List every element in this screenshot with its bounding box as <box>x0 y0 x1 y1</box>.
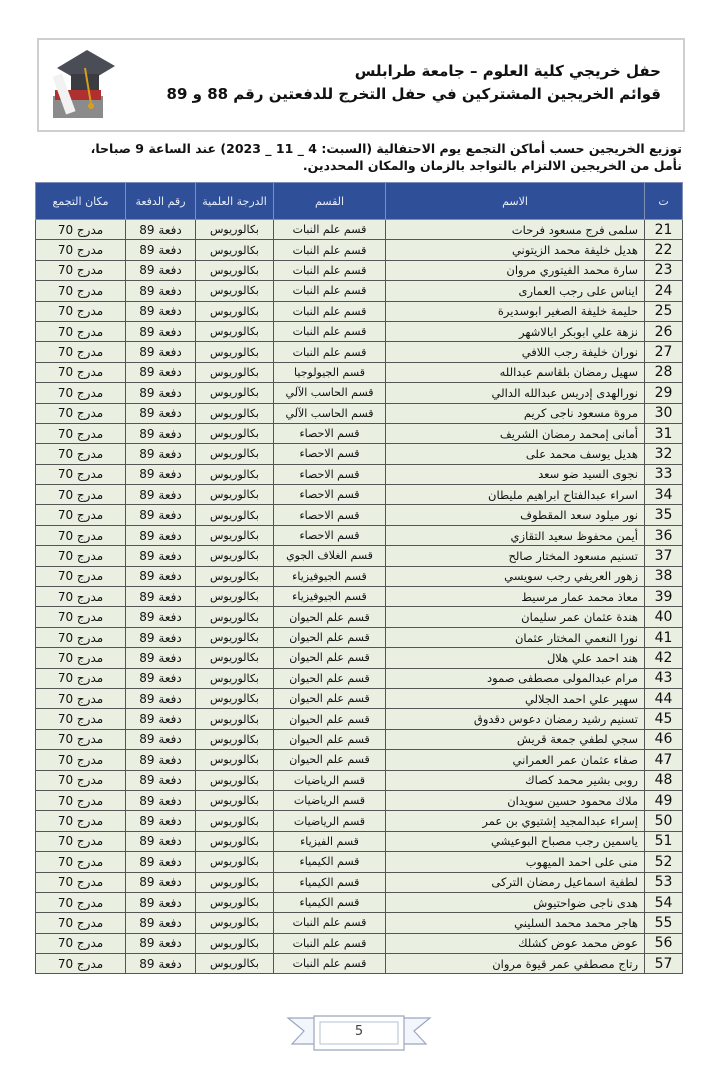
location-cell: مدرج 70 <box>36 546 126 566</box>
batch-cell: دفعة 89 <box>126 220 196 240</box>
table-row: 46سجي لطفي جمعة قريشقسم علم الحيوانبكالو… <box>36 729 683 749</box>
location-cell: مدرج 70 <box>36 301 126 321</box>
location-cell: مدرج 70 <box>36 831 126 851</box>
batch-cell: دفعة 89 <box>126 668 196 688</box>
department-cell: قسم الجيوفيزياء <box>274 587 386 607</box>
batch-cell: دفعة 89 <box>126 546 196 566</box>
location-cell: مدرج 70 <box>36 872 126 892</box>
batch-cell: دفعة 89 <box>126 321 196 341</box>
table-row: 48روبى بشير محمد كصاكقسم الرياضياتبكالور… <box>36 770 683 790</box>
row-number: 27 <box>645 342 683 362</box>
location-cell: مدرج 70 <box>36 505 126 525</box>
batch-cell: دفعة 89 <box>126 872 196 892</box>
location-cell: مدرج 70 <box>36 383 126 403</box>
intro-line-2: نأمل من الخريجين الالتزام بالتواجد بالزم… <box>22 157 682 174</box>
table-row: 29نورالهدى إدريس عبدالله الداليقسم الحاس… <box>36 383 683 403</box>
degree-cell: بكالوريوس <box>196 933 274 953</box>
degree-cell: بكالوريوس <box>196 566 274 586</box>
degree-cell: بكالوريوس <box>196 709 274 729</box>
batch-cell: دفعة 89 <box>126 892 196 912</box>
graduate-name: مروة مسعود ناجى كريم <box>386 403 645 423</box>
table-row: 40هندة عثمان عمر سليمانقسم علم الحيوانبك… <box>36 607 683 627</box>
graduate-name: سارة محمد الفيتوري مروان <box>386 260 645 280</box>
degree-cell: بكالوريوس <box>196 220 274 240</box>
graduate-name: ايناس على رجب العمارى <box>386 281 645 301</box>
table-row: 36أيمن محفوظ سعيد التقازيقسم الاحصاءبكال… <box>36 525 683 545</box>
row-number: 54 <box>645 892 683 912</box>
department-cell: قسم علم النبات <box>274 301 386 321</box>
row-number: 33 <box>645 464 683 484</box>
row-number: 32 <box>645 444 683 464</box>
table-row: 30مروة مسعود ناجى كريمقسم الحاسب الآليبك… <box>36 403 683 423</box>
department-cell: قسم الحاسب الآلي <box>274 383 386 403</box>
location-cell: مدرج 70 <box>36 790 126 810</box>
department-cell: قسم الكيمياء <box>274 852 386 872</box>
degree-cell: بكالوريوس <box>196 811 274 831</box>
department-cell: قسم الجيولوجيا <box>274 362 386 382</box>
batch-cell: دفعة 89 <box>126 627 196 647</box>
degree-cell: بكالوريوس <box>196 750 274 770</box>
location-cell: مدرج 70 <box>36 220 126 240</box>
row-number: 42 <box>645 648 683 668</box>
batch-cell: دفعة 89 <box>126 505 196 525</box>
degree-cell: بكالوريوس <box>196 790 274 810</box>
location-cell: مدرج 70 <box>36 321 126 341</box>
col-header-name: الاسم <box>386 183 645 220</box>
department-cell: قسم الاحصاء <box>274 485 386 505</box>
graduate-name: نورا النعمي المختار عثمان <box>386 627 645 647</box>
degree-cell: بكالوريوس <box>196 444 274 464</box>
location-cell: مدرج 70 <box>36 933 126 953</box>
row-number: 38 <box>645 566 683 586</box>
graduate-name: نورالهدى إدريس عبدالله الدالي <box>386 383 645 403</box>
location-cell: مدرج 70 <box>36 852 126 872</box>
graduate-name: رتاج مصطفي عمر قيوة مروان <box>386 954 645 974</box>
department-cell: قسم علم النبات <box>274 321 386 341</box>
batch-cell: دفعة 89 <box>126 607 196 627</box>
page-subtitle: قوائم الخريجين المشتركين في حفل التخرج ل… <box>167 82 661 106</box>
row-number: 46 <box>645 729 683 749</box>
department-cell: قسم علم النبات <box>274 342 386 362</box>
batch-cell: دفعة 89 <box>126 485 196 505</box>
department-cell: قسم علم النبات <box>274 240 386 260</box>
location-cell: مدرج 70 <box>36 750 126 770</box>
graduation-cap-icon <box>49 46 119 126</box>
department-cell: قسم الكيمياء <box>274 892 386 912</box>
row-number: 39 <box>645 587 683 607</box>
degree-cell: بكالوريوس <box>196 240 274 260</box>
row-number: 36 <box>645 525 683 545</box>
row-number: 49 <box>645 790 683 810</box>
graduate-name: نجوى السيد ضو سعد <box>386 464 645 484</box>
department-cell: قسم الاحصاء <box>274 444 386 464</box>
table-row: 53لطفية اسماعيل رمضان التركىقسم الكيمياء… <box>36 872 683 892</box>
graduate-name: تسنيم مسعود المختار صالح <box>386 546 645 566</box>
row-number: 23 <box>645 260 683 280</box>
department-cell: قسم علم النبات <box>274 913 386 933</box>
table-row: 42هند احمد علي هلالقسم علم الحيوانبكالور… <box>36 648 683 668</box>
table-row: 21سلمى فرج مسعود فرحاتقسم علم النباتبكال… <box>36 220 683 240</box>
graduate-name: هاجر محمد محمد السليني <box>386 913 645 933</box>
department-cell: قسم علم الحيوان <box>274 688 386 708</box>
location-cell: مدرج 70 <box>36 240 126 260</box>
table-header-row: ت الاسم القسم الدرجة العلمية رقم الدفعة … <box>36 183 683 220</box>
table-row: 23سارة محمد الفيتوري مروانقسم علم النبات… <box>36 260 683 280</box>
degree-cell: بكالوريوس <box>196 627 274 647</box>
table-row: 52منى على احمد الميهوبقسم الكيمياءبكالور… <box>36 852 683 872</box>
row-number: 37 <box>645 546 683 566</box>
location-cell: مدرج 70 <box>36 342 126 362</box>
table-row: 57رتاج مصطفي عمر قيوة مروانقسم علم النبا… <box>36 954 683 974</box>
table-row: 24ايناس على رجب العمارىقسم علم النباتبكا… <box>36 281 683 301</box>
graduate-name: ياسمين رجب مصباح البوعيشي <box>386 831 645 851</box>
department-cell: قسم علم النبات <box>274 954 386 974</box>
degree-cell: بكالوريوس <box>196 648 274 668</box>
graduate-name: سهيل رمضان بلقاسم عبدالله <box>386 362 645 382</box>
table-row: 51ياسمين رجب مصباح البوعيشيقسم الفيزياءب… <box>36 831 683 851</box>
department-cell: قسم الاحصاء <box>274 423 386 443</box>
graduate-name: سجي لطفي جمعة قريش <box>386 729 645 749</box>
row-number: 43 <box>645 668 683 688</box>
location-cell: مدرج 70 <box>36 485 126 505</box>
col-header-department: القسم <box>274 183 386 220</box>
col-header-degree: الدرجة العلمية <box>196 183 274 220</box>
graduate-name: نوران خليفة رجب اللافي <box>386 342 645 362</box>
graduate-name: اسراء عبدالفتاح ابراهيم مليطان <box>386 485 645 505</box>
location-cell: مدرج 70 <box>36 709 126 729</box>
department-cell: قسم علم النبات <box>274 260 386 280</box>
batch-cell: دفعة 89 <box>126 750 196 770</box>
table-row: 32هديل يوسف محمد علىقسم الاحصاءبكالوريوس… <box>36 444 683 464</box>
graduate-name: هديل خليفة محمد الزيتوني <box>386 240 645 260</box>
batch-cell: دفعة 89 <box>126 240 196 260</box>
graduate-name: ملاك محمود حسين سويدان <box>386 790 645 810</box>
department-cell: قسم الحاسب الآلي <box>274 403 386 423</box>
row-number: 44 <box>645 688 683 708</box>
batch-cell: دفعة 89 <box>126 831 196 851</box>
col-header-num: ت <box>645 183 683 220</box>
degree-cell: بكالوريوس <box>196 770 274 790</box>
degree-cell: بكالوريوس <box>196 892 274 912</box>
graduate-name: عوض محمد عوض كشلك <box>386 933 645 953</box>
department-cell: قسم علم النبات <box>274 933 386 953</box>
degree-cell: بكالوريوس <box>196 831 274 851</box>
page-number: 5 <box>344 1024 374 1039</box>
degree-cell: بكالوريوس <box>196 546 274 566</box>
row-number: 47 <box>645 750 683 770</box>
row-number: 26 <box>645 321 683 341</box>
batch-cell: دفعة 89 <box>126 566 196 586</box>
department-cell: قسم الغلاف الجوي <box>274 546 386 566</box>
degree-cell: بكالوريوس <box>196 607 274 627</box>
location-cell: مدرج 70 <box>36 281 126 301</box>
table-row: 50إسراء عبدالمجيد إشتيوي بن عمرقسم الريا… <box>36 811 683 831</box>
degree-cell: بكالوريوس <box>196 342 274 362</box>
location-cell: مدرج 70 <box>36 464 126 484</box>
graduate-name: إسراء عبدالمجيد إشتيوي بن عمر <box>386 811 645 831</box>
graduate-name: لطفية اسماعيل رمضان التركى <box>386 872 645 892</box>
degree-cell: بكالوريوس <box>196 383 274 403</box>
degree-cell: بكالوريوس <box>196 321 274 341</box>
table-row: 25حليمة خليفة الصغير ابوسديرةقسم علم الن… <box>36 301 683 321</box>
location-cell: مدرج 70 <box>36 566 126 586</box>
batch-cell: دفعة 89 <box>126 342 196 362</box>
graduate-name: زهور العريفي رجب سويسي <box>386 566 645 586</box>
table-row: 31أمانى إمحمد رمضان الشريفقسم الاحصاءبكا… <box>36 423 683 443</box>
graduate-name: أمانى إمحمد رمضان الشريف <box>386 423 645 443</box>
batch-cell: دفعة 89 <box>126 913 196 933</box>
row-number: 34 <box>645 485 683 505</box>
row-number: 52 <box>645 852 683 872</box>
table-row: 54هدى ناجى ضواحتيوشقسم الكيمياءبكالوريوس… <box>36 892 683 912</box>
graduate-name: نزهة علي ابوبكر ابالاشهر <box>386 321 645 341</box>
graduate-name: هدى ناجى ضواحتيوش <box>386 892 645 912</box>
location-cell: مدرج 70 <box>36 913 126 933</box>
graduate-name: مرام عبدالمولى مصطفى صمود <box>386 668 645 688</box>
department-cell: قسم الرياضيات <box>274 790 386 810</box>
graduate-name: هندة عثمان عمر سليمان <box>386 607 645 627</box>
batch-cell: دفعة 89 <box>126 933 196 953</box>
row-number: 28 <box>645 362 683 382</box>
page-title: حفل خريجي كلية العلوم – جامعة طرابلس <box>167 60 661 82</box>
degree-cell: بكالوريوس <box>196 260 274 280</box>
table-row: 45تسنيم رشيد رمضان دعوس دقدوققسم علم الح… <box>36 709 683 729</box>
table-row: 22هديل خليفة محمد الزيتونيقسم علم النبات… <box>36 240 683 260</box>
department-cell: قسم علم الحيوان <box>274 627 386 647</box>
degree-cell: بكالوريوس <box>196 423 274 443</box>
row-number: 40 <box>645 607 683 627</box>
table-row: 55هاجر محمد محمد السلينيقسم علم النباتبك… <box>36 913 683 933</box>
intro-line-1: توزيع الخريجين حسب أماكن التجمع يوم الاح… <box>22 140 682 157</box>
location-cell: مدرج 70 <box>36 770 126 790</box>
row-number: 45 <box>645 709 683 729</box>
graduate-name: حليمة خليفة الصغير ابوسديرة <box>386 301 645 321</box>
batch-cell: دفعة 89 <box>126 688 196 708</box>
location-cell: مدرج 70 <box>36 362 126 382</box>
department-cell: قسم علم الحيوان <box>274 750 386 770</box>
row-number: 56 <box>645 933 683 953</box>
batch-cell: دفعة 89 <box>126 811 196 831</box>
degree-cell: بكالوريوس <box>196 852 274 872</box>
department-cell: قسم الاحصاء <box>274 505 386 525</box>
graduate-name: تسنيم رشيد رمضان دعوس دقدوق <box>386 709 645 729</box>
row-number: 53 <box>645 872 683 892</box>
department-cell: قسم الرياضيات <box>274 770 386 790</box>
location-cell: مدرج 70 <box>36 668 126 688</box>
degree-cell: بكالوريوس <box>196 587 274 607</box>
graduate-name: روبى بشير محمد كصاك <box>386 770 645 790</box>
table-row: 56عوض محمد عوض كشلكقسم علم النباتبكالوري… <box>36 933 683 953</box>
batch-cell: دفعة 89 <box>126 729 196 749</box>
degree-cell: بكالوريوس <box>196 362 274 382</box>
department-cell: قسم علم الحيوان <box>274 607 386 627</box>
title-box: حفل خريجي كلية العلوم – جامعة طرابلس قوا… <box>37 38 685 132</box>
row-number: 55 <box>645 913 683 933</box>
department-cell: قسم الرياضيات <box>274 811 386 831</box>
batch-cell: دفعة 89 <box>126 362 196 382</box>
table-row: 27نوران خليفة رجب اللافيقسم علم النباتبك… <box>36 342 683 362</box>
location-cell: مدرج 70 <box>36 403 126 423</box>
department-cell: قسم علم الحيوان <box>274 668 386 688</box>
row-number: 21 <box>645 220 683 240</box>
location-cell: مدرج 70 <box>36 811 126 831</box>
degree-cell: بكالوريوس <box>196 688 274 708</box>
table-row: 43مرام عبدالمولى مصطفى صمودقسم علم الحيو… <box>36 668 683 688</box>
batch-cell: دفعة 89 <box>126 587 196 607</box>
row-number: 24 <box>645 281 683 301</box>
location-cell: مدرج 70 <box>36 627 126 647</box>
table-row: 33نجوى السيد ضو سعدقسم الاحصاءبكالوريوسد… <box>36 464 683 484</box>
row-number: 30 <box>645 403 683 423</box>
table-row: 34اسراء عبدالفتاح ابراهيم مليطانقسم الاح… <box>36 485 683 505</box>
batch-cell: دفعة 89 <box>126 301 196 321</box>
graduate-name: منى على احمد الميهوب <box>386 852 645 872</box>
row-number: 35 <box>645 505 683 525</box>
table-row: 47صفاء عثمان عمر العمرانيقسم علم الحيوان… <box>36 750 683 770</box>
batch-cell: دفعة 89 <box>126 954 196 974</box>
batch-cell: دفعة 89 <box>126 464 196 484</box>
department-cell: قسم الفيزياء <box>274 831 386 851</box>
degree-cell: بكالوريوس <box>196 872 274 892</box>
batch-cell: دفعة 89 <box>126 260 196 280</box>
location-cell: مدرج 70 <box>36 444 126 464</box>
row-number: 50 <box>645 811 683 831</box>
batch-cell: دفعة 89 <box>126 790 196 810</box>
row-number: 25 <box>645 301 683 321</box>
row-number: 29 <box>645 383 683 403</box>
location-cell: مدرج 70 <box>36 260 126 280</box>
degree-cell: بكالوريوس <box>196 729 274 749</box>
table-body: 21سلمى فرج مسعود فرحاتقسم علم النباتبكال… <box>36 220 683 974</box>
table-row: 37تسنيم مسعود المختار صالحقسم الغلاف الج… <box>36 546 683 566</box>
row-number: 22 <box>645 240 683 260</box>
table-row: 39معاذ محمد عمار مرسيطقسم الجيوفيزياءبكا… <box>36 587 683 607</box>
location-cell: مدرج 70 <box>36 607 126 627</box>
department-cell: قسم الكيمياء <box>274 872 386 892</box>
page-footer: 5 <box>284 1010 434 1054</box>
department-cell: قسم علم النبات <box>274 281 386 301</box>
location-cell: مدرج 70 <box>36 423 126 443</box>
batch-cell: دفعة 89 <box>126 709 196 729</box>
graduate-name: سهير علي احمد الجلالي <box>386 688 645 708</box>
location-cell: مدرج 70 <box>36 688 126 708</box>
table-row: 49ملاك محمود حسين سويدانقسم الرياضياتبكا… <box>36 790 683 810</box>
degree-cell: بكالوريوس <box>196 281 274 301</box>
degree-cell: بكالوريوس <box>196 954 274 974</box>
location-cell: مدرج 70 <box>36 954 126 974</box>
degree-cell: بكالوريوس <box>196 913 274 933</box>
location-cell: مدرج 70 <box>36 729 126 749</box>
graduate-name: نور ميلود سعد المقطوف <box>386 505 645 525</box>
location-cell: مدرج 70 <box>36 525 126 545</box>
graduates-table: ت الاسم القسم الدرجة العلمية رقم الدفعة … <box>35 182 683 974</box>
batch-cell: دفعة 89 <box>126 281 196 301</box>
graduate-name: هديل يوسف محمد على <box>386 444 645 464</box>
table-row: 44سهير علي احمد الجلاليقسم علم الحيوانبك… <box>36 688 683 708</box>
graduate-name: سلمى فرج مسعود فرحات <box>386 220 645 240</box>
location-cell: مدرج 70 <box>36 587 126 607</box>
batch-cell: دفعة 89 <box>126 383 196 403</box>
degree-cell: بكالوريوس <box>196 403 274 423</box>
batch-cell: دفعة 89 <box>126 648 196 668</box>
table-row: 41نورا النعمي المختار عثمانقسم علم الحيو… <box>36 627 683 647</box>
department-cell: قسم الاحصاء <box>274 525 386 545</box>
col-header-batch: رقم الدفعة <box>126 183 196 220</box>
table-row: 28سهيل رمضان بلقاسم عبداللهقسم الجيولوجي… <box>36 362 683 382</box>
department-cell: قسم علم الحيوان <box>274 648 386 668</box>
table-row: 38زهور العريفي رجب سويسيقسم الجيوفيزياءب… <box>36 566 683 586</box>
department-cell: قسم الجيوفيزياء <box>274 566 386 586</box>
department-cell: قسم الاحصاء <box>274 464 386 484</box>
degree-cell: بكالوريوس <box>196 668 274 688</box>
degree-cell: بكالوريوس <box>196 525 274 545</box>
degree-cell: بكالوريوس <box>196 505 274 525</box>
department-cell: قسم علم النبات <box>274 220 386 240</box>
batch-cell: دفعة 89 <box>126 444 196 464</box>
graduate-name: صفاء عثمان عمر العمراني <box>386 750 645 770</box>
graduate-name: معاذ محمد عمار مرسيط <box>386 587 645 607</box>
graduate-name: هند احمد علي هلال <box>386 648 645 668</box>
department-cell: قسم علم الحيوان <box>274 709 386 729</box>
degree-cell: بكالوريوس <box>196 464 274 484</box>
row-number: 41 <box>645 627 683 647</box>
table-row: 35نور ميلود سعد المقطوفقسم الاحصاءبكالور… <box>36 505 683 525</box>
col-header-location: مكان التجمع <box>36 183 126 220</box>
batch-cell: دفعة 89 <box>126 770 196 790</box>
row-number: 48 <box>645 770 683 790</box>
degree-cell: بكالوريوس <box>196 301 274 321</box>
location-cell: مدرج 70 <box>36 892 126 912</box>
intro-text: توزيع الخريجين حسب أماكن التجمع يوم الاح… <box>22 140 682 174</box>
batch-cell: دفعة 89 <box>126 852 196 872</box>
degree-cell: بكالوريوس <box>196 485 274 505</box>
department-cell: قسم علم الحيوان <box>274 729 386 749</box>
row-number: 57 <box>645 954 683 974</box>
batch-cell: دفعة 89 <box>126 403 196 423</box>
batch-cell: دفعة 89 <box>126 423 196 443</box>
row-number: 51 <box>645 831 683 851</box>
batch-cell: دفعة 89 <box>126 525 196 545</box>
title-text: حفل خريجي كلية العلوم – جامعة طرابلس قوا… <box>167 60 661 106</box>
graduate-name: أيمن محفوظ سعيد التقازي <box>386 525 645 545</box>
table-row: 26نزهة علي ابوبكر ابالاشهرقسم علم النبات… <box>36 321 683 341</box>
location-cell: مدرج 70 <box>36 648 126 668</box>
row-number: 31 <box>645 423 683 443</box>
